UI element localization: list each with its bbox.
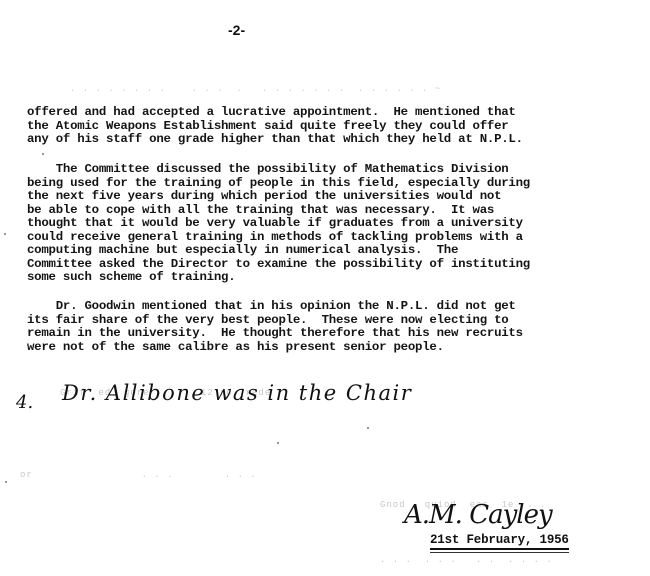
text-line: could receive general training in method… bbox=[27, 231, 523, 245]
text-line: Dr. Goodwin mentioned that in his opinio… bbox=[27, 300, 516, 314]
text-line: thought that it would be very valuable i… bbox=[27, 217, 523, 231]
bleed-through-text: . . . . . . . . . . . . bbox=[380, 555, 553, 565]
text-line: some such scheme of training. bbox=[27, 271, 235, 285]
text-line: were not of the same calibre as his pres… bbox=[27, 341, 444, 355]
text-line: computing machine but especially in nume… bbox=[27, 244, 458, 258]
text-line: being used for the training of people in… bbox=[27, 177, 530, 191]
bleed-through-text: or . . . . . . bbox=[20, 470, 257, 480]
text-line: Committee asked the Director to examine … bbox=[27, 258, 530, 272]
document-page: -2- . . . . . . . . . . . . . . . . . . … bbox=[0, 0, 650, 576]
scan-speck bbox=[42, 153, 44, 155]
signature: A.M. Cayley bbox=[404, 500, 552, 530]
bleed-through-text: . . . . . . . . . . . . . . . . . . . . … bbox=[70, 84, 441, 94]
text-line: any of his staff one grade higher than t… bbox=[27, 133, 523, 147]
scan-speck bbox=[367, 427, 369, 429]
handwritten-item-number: 4. bbox=[16, 392, 33, 413]
text-line: remain in the university. He thought the… bbox=[27, 327, 523, 341]
text-line: offered and had accepted a lucrative app… bbox=[27, 106, 516, 120]
text-line: its fair share of the very best people. … bbox=[27, 314, 508, 328]
document-date: 21st February, 1956 bbox=[430, 533, 569, 550]
scan-speck bbox=[4, 233, 6, 235]
text-line: The Committee discussed the possibility … bbox=[27, 163, 508, 177]
scan-speck bbox=[5, 481, 7, 483]
text-line: the next five years during which period … bbox=[27, 190, 501, 204]
text-line: the Atomic Weapons Establishment said qu… bbox=[27, 120, 508, 134]
text-line: be able to cope with all the training th… bbox=[27, 204, 494, 218]
handwritten-note-text: Dr. Allibone was in the Chair bbox=[62, 381, 412, 405]
scan-speck bbox=[277, 442, 279, 444]
page-number: -2- bbox=[228, 22, 245, 38]
